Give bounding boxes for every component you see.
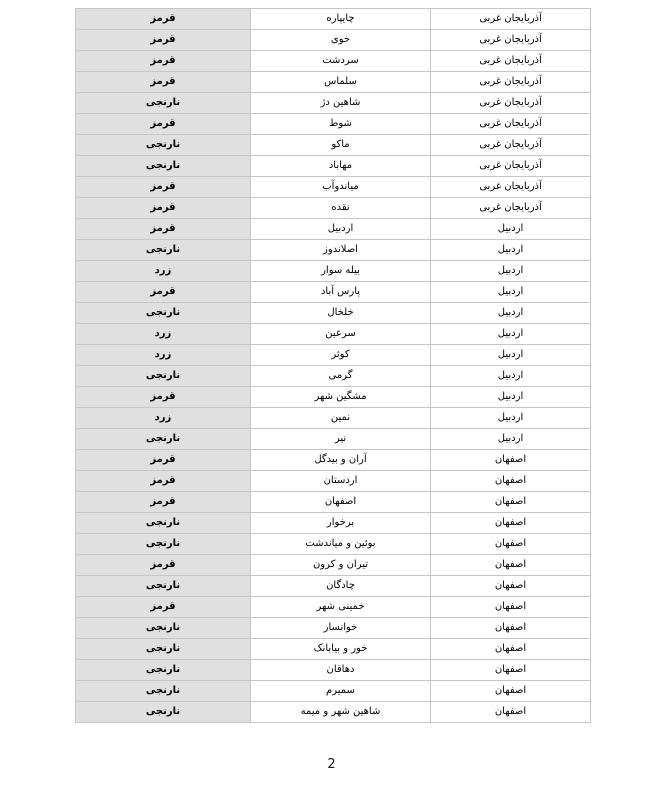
province-cell: اردبیل	[431, 219, 591, 240]
status-cell: نارنجی	[76, 135, 251, 156]
province-cell: اصفهان	[431, 681, 591, 702]
city-cell: بیله سوار	[251, 261, 431, 282]
province-cell: آذربایجان غربی	[431, 135, 591, 156]
province-cell: اصفهان	[431, 492, 591, 513]
status-cell: نارنجی	[76, 429, 251, 450]
status-cell: قرمز	[76, 219, 251, 240]
province-cell: اصفهان	[431, 639, 591, 660]
city-cell: پارس آباد	[251, 282, 431, 303]
status-cell: نارنجی	[76, 93, 251, 114]
status-cell: زرد	[76, 345, 251, 366]
city-cell: سردشت	[251, 51, 431, 72]
province-cell: اردبیل	[431, 408, 591, 429]
city-cell: اردبیل	[251, 219, 431, 240]
province-cell: آذربایجان غربی	[431, 51, 591, 72]
city-cell: مشگین شهر	[251, 387, 431, 408]
status-cell: زرد	[76, 324, 251, 345]
table-row: نارنجی شاهین شهر و میمه اصفهان	[76, 702, 591, 723]
status-cell: نارنجی	[76, 156, 251, 177]
table-row: نارنجی سمیرم اصفهان	[76, 681, 591, 702]
city-cell: اصلاندوز	[251, 240, 431, 261]
province-cell: اردبیل	[431, 366, 591, 387]
table-row: نارنجی خور و بیابانک اصفهان	[76, 639, 591, 660]
city-cell: تیران و کرون	[251, 555, 431, 576]
status-cell: قرمز	[76, 450, 251, 471]
province-cell: آذربایجان غربی	[431, 72, 591, 93]
table-row: قرمز خوی آذربایجان غربی	[76, 30, 591, 51]
status-cell: نارنجی	[76, 513, 251, 534]
province-cell: اصفهان	[431, 597, 591, 618]
page-number: 2	[0, 757, 663, 772]
city-cell: مهاباد	[251, 156, 431, 177]
status-cell: نارنجی	[76, 702, 251, 723]
status-cell: نارنجی	[76, 366, 251, 387]
city-cell: شاهین دژ	[251, 93, 431, 114]
city-cell: چادگان	[251, 576, 431, 597]
city-cell: آران و بیدگل	[251, 450, 431, 471]
city-cell: خور و بیابانک	[251, 639, 431, 660]
city-cell: نمین	[251, 408, 431, 429]
status-cell: نارنجی	[76, 303, 251, 324]
status-table: قرمز چایپاره آذربایجان غربی قرمز خوی آذر…	[75, 8, 591, 723]
province-cell: اردبیل	[431, 240, 591, 261]
status-cell: زرد	[76, 408, 251, 429]
city-cell: اصفهان	[251, 492, 431, 513]
province-cell: آذربایجان غربی	[431, 114, 591, 135]
province-cell: اصفهان	[431, 618, 591, 639]
status-cell: قرمز	[76, 597, 251, 618]
status-cell: نارنجی	[76, 534, 251, 555]
city-cell: سرعین	[251, 324, 431, 345]
city-cell: میاندوآب	[251, 177, 431, 198]
table-row: زرد سرعین اردبیل	[76, 324, 591, 345]
status-cell: قرمز	[76, 72, 251, 93]
province-cell: اصفهان	[431, 471, 591, 492]
table-row: قرمز اردبیل اردبیل	[76, 219, 591, 240]
status-cell: قرمز	[76, 492, 251, 513]
table-row: نارنجی چادگان اصفهان	[76, 576, 591, 597]
city-cell: نقده	[251, 198, 431, 219]
status-cell: نارنجی	[76, 681, 251, 702]
province-cell: اردبیل	[431, 345, 591, 366]
province-cell: اصفهان	[431, 450, 591, 471]
city-cell: ماکو	[251, 135, 431, 156]
table-row: زرد کوثر اردبیل	[76, 345, 591, 366]
table-row: زرد بیله سوار اردبیل	[76, 261, 591, 282]
city-cell: شوط	[251, 114, 431, 135]
table-row: نارنجی ماکو آذربایجان غربی	[76, 135, 591, 156]
city-cell: خمینی شهر	[251, 597, 431, 618]
province-cell: اصفهان	[431, 576, 591, 597]
city-cell: خوانسار	[251, 618, 431, 639]
city-cell: خوی	[251, 30, 431, 51]
province-cell: اردبیل	[431, 303, 591, 324]
province-cell: اردبیل	[431, 387, 591, 408]
status-cell: قرمز	[76, 282, 251, 303]
table-row: زرد نمین اردبیل	[76, 408, 591, 429]
table-row: قرمز سلماس آذربایجان غربی	[76, 72, 591, 93]
status-cell: نارنجی	[76, 639, 251, 660]
table-row: قرمز پارس آباد اردبیل	[76, 282, 591, 303]
status-cell: قرمز	[76, 471, 251, 492]
province-cell: اردبیل	[431, 429, 591, 450]
table-row: نارنجی دهاقان اصفهان	[76, 660, 591, 681]
table-row: قرمز خمینی شهر اصفهان	[76, 597, 591, 618]
table-row: نارنجی گرمی اردبیل	[76, 366, 591, 387]
province-cell: اردبیل	[431, 282, 591, 303]
status-cell: نارنجی	[76, 576, 251, 597]
province-cell: اردبیل	[431, 324, 591, 345]
table-row: قرمز تیران و کرون اصفهان	[76, 555, 591, 576]
table-row: قرمز میاندوآب آذربایجان غربی	[76, 177, 591, 198]
table-row: نارنجی خلخال اردبیل	[76, 303, 591, 324]
city-cell: کوثر	[251, 345, 431, 366]
province-cell: آذربایجان غربی	[431, 93, 591, 114]
table-row: قرمز اردستان اصفهان	[76, 471, 591, 492]
table-row: نارنجی بوئین و میاندشت اصفهان	[76, 534, 591, 555]
table-row: قرمز اصفهان اصفهان	[76, 492, 591, 513]
province-cell: آذربایجان غربی	[431, 30, 591, 51]
province-cell: اصفهان	[431, 660, 591, 681]
table-row: نارنجی شاهین دژ آذربایجان غربی	[76, 93, 591, 114]
table-row: قرمز آران و بیدگل اصفهان	[76, 450, 591, 471]
city-cell: برخوار	[251, 513, 431, 534]
status-cell: نارنجی	[76, 240, 251, 261]
table-row: نارنجی اصلاندوز اردبیل	[76, 240, 591, 261]
status-cell: قرمز	[76, 9, 251, 30]
province-cell: اصفهان	[431, 702, 591, 723]
city-cell: دهاقان	[251, 660, 431, 681]
table-body: قرمز چایپاره آذربایجان غربی قرمز خوی آذر…	[76, 9, 591, 723]
province-cell: آذربایجان غربی	[431, 9, 591, 30]
table-row: نارنجی برخوار اصفهان	[76, 513, 591, 534]
status-cell: قرمز	[76, 555, 251, 576]
status-cell: نارنجی	[76, 660, 251, 681]
status-cell: قرمز	[76, 177, 251, 198]
province-cell: اصفهان	[431, 555, 591, 576]
table-row: قرمز چایپاره آذربایجان غربی	[76, 9, 591, 30]
city-cell: سمیرم	[251, 681, 431, 702]
table-row: نارنجی نیر اردبیل	[76, 429, 591, 450]
table-row: قرمز سردشت آذربایجان غربی	[76, 51, 591, 72]
status-cell: قرمز	[76, 30, 251, 51]
city-cell: بوئین و میاندشت	[251, 534, 431, 555]
province-cell: اصفهان	[431, 513, 591, 534]
status-cell: قرمز	[76, 198, 251, 219]
table-row: نارنجی مهاباد آذربایجان غربی	[76, 156, 591, 177]
city-cell: سلماس	[251, 72, 431, 93]
province-cell: آذربایجان غربی	[431, 156, 591, 177]
table-row: قرمز نقده آذربایجان غربی	[76, 198, 591, 219]
status-cell: نارنجی	[76, 618, 251, 639]
province-cell: آذربایجان غربی	[431, 198, 591, 219]
status-cell: قرمز	[76, 387, 251, 408]
table-row: قرمز مشگین شهر اردبیل	[76, 387, 591, 408]
status-cell: قرمز	[76, 114, 251, 135]
city-cell: شاهین شهر و میمه	[251, 702, 431, 723]
province-cell: اصفهان	[431, 534, 591, 555]
province-cell: اردبیل	[431, 261, 591, 282]
city-cell: خلخال	[251, 303, 431, 324]
city-cell: چایپاره	[251, 9, 431, 30]
city-cell: گرمی	[251, 366, 431, 387]
city-cell: نیر	[251, 429, 431, 450]
table-row: قرمز شوط آذربایجان غربی	[76, 114, 591, 135]
city-cell: اردستان	[251, 471, 431, 492]
status-cell: قرمز	[76, 51, 251, 72]
province-cell: آذربایجان غربی	[431, 177, 591, 198]
status-cell: زرد	[76, 261, 251, 282]
document-page: قرمز چایپاره آذربایجان غربی قرمز خوی آذر…	[0, 0, 663, 785]
table-row: نارنجی خوانسار اصفهان	[76, 618, 591, 639]
